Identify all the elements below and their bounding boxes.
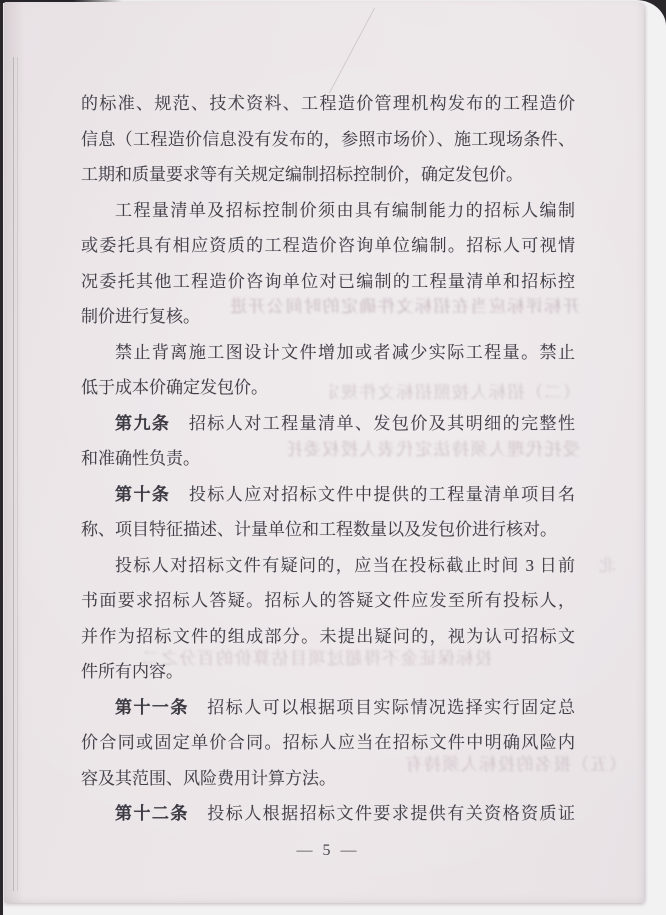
text-line: 信息（工程造价信息没有发布的，参照市场价）、施工现场条件、: [81, 122, 575, 158]
text-line: 第十条 投标人应对招标文件中提供的工程量清单项目名: [81, 477, 575, 513]
text-line: 件所有内容。: [81, 654, 575, 690]
article-number: 第十一条: [115, 698, 189, 717]
line-text: 禁止背离施工图设计文件增加或者减少实际工程量。禁止: [115, 343, 575, 362]
text-line: 和准确性负责。: [81, 441, 575, 477]
fold-line: [13, 57, 14, 891]
line-text: 容及其范围、风险费用计算方法。: [81, 769, 336, 788]
line-text: 称、项目特征描述、计量单位和工程数量以及发包价进行核对。: [81, 520, 557, 539]
line-text: 投标人应对招标文件中提供的工程量清单项目名: [170, 485, 575, 504]
text-line: 并作为招标文件的组成部分。未提出疑问的，视为认可招标文: [81, 619, 575, 655]
text-line: 第十一条 招标人可以根据项目实际情况选择实行固定总: [81, 690, 575, 726]
text-line: 的标准、规范、技术资料、工程造价管理机构发布的工程造价: [81, 86, 575, 122]
line-text: 的标准、规范、技术资料、工程造价管理机构发布的工程造价: [81, 94, 575, 113]
scanned-document-page: 开标评标应当在招标文件确定的时间公开进行 （二）招标人按照招标文件规定 受托代理…: [0, 0, 666, 915]
text-line: 投标人对招标文件有疑问的，应当在投标截止时间 3 日前: [81, 548, 575, 584]
line-text: 和准确性负责。: [81, 449, 200, 468]
text-line: 书面要求招标人答疑。招标人的答疑文件应发至所有投标人，: [81, 583, 575, 619]
article-number: 第十二条: [115, 804, 189, 823]
text-line: 禁止背离施工图设计文件增加或者减少实际工程量。禁止: [81, 335, 575, 371]
line-text: 书面要求招标人答疑。招标人的答疑文件应发至所有投标人，: [81, 591, 575, 610]
text-line: 低于成本价确定发包价。: [81, 370, 575, 406]
text-line: 或委托具有相应资质的工程造价咨询单位编制。招标人可视情: [81, 228, 575, 264]
text-line: 工期和质量要求等有关规定编制招标控制价，确定发包价。: [81, 157, 575, 193]
document-body: 的标准、规范、技术资料、工程造价管理机构发布的工程造价 信息（工程造价信息没有发…: [81, 86, 575, 832]
text-line: 况委托其他工程造价咨询单位对已编制的工程量清单和招标控: [81, 264, 575, 300]
text-line: 第十二条 投标人根据招标文件要求提供有关资格资质证: [81, 796, 575, 832]
text-line: 容及其范围、风险费用计算方法。: [81, 761, 575, 797]
line-text: 低于成本价确定发包价。: [81, 378, 268, 397]
paper-crease: [329, 8, 375, 93]
line-text: 工期和质量要求等有关规定编制招标控制价，确定发包价。: [81, 165, 523, 184]
line-text: 信息（工程造价信息没有发布的，参照市场价）、施工现场条件、: [81, 130, 575, 149]
line-text: 或委托具有相应资质的工程造价咨询单位编制。招标人可视情: [81, 236, 575, 255]
line-text: 况委托其他工程造价咨询单位对已编制的工程量清单和招标控: [81, 272, 575, 291]
line-text: 投标人根据招标文件要求提供有关资格资质证: [189, 804, 575, 823]
text-line: 价合同或固定单价合同。招标人应当在招标文件中明确风险内: [81, 725, 575, 761]
text-line: 制价进行复核。: [81, 299, 575, 335]
page-number: — 5 —: [81, 842, 575, 860]
line-text: 价合同或固定单价合同。招标人应当在招标文件中明确风险内: [81, 733, 575, 752]
text-line: 第九条 招标人对工程量清单、发包价及其明细的完整性: [81, 406, 575, 442]
line-text: 工程量清单及招标控制价须由具有编制能力的招标人编制: [115, 201, 575, 220]
line-text: 件所有内容。: [81, 662, 183, 681]
text-line: 称、项目特征描述、计量单位和工程数量以及发包价进行核对。: [81, 512, 575, 548]
text-line: 工程量清单及招标控制价须由具有编制能力的招标人编制: [81, 193, 575, 229]
fold-line: [17, 57, 18, 891]
line-text: 投标人对招标文件有疑问的，应当在投标截止时间 3 日前: [115, 556, 575, 575]
line-text: 并作为招标文件的组成部分。未提出疑问的，视为认可招标文: [81, 627, 575, 646]
line-text: 制价进行复核。: [81, 307, 200, 326]
line-text: 招标人对工程量清单、发包价及其明细的完整性: [170, 414, 575, 433]
line-text: 招标人可以根据项目实际情况选择实行固定总: [189, 698, 575, 717]
article-number: 第九条: [115, 414, 170, 433]
article-number: 第十条: [115, 485, 170, 504]
